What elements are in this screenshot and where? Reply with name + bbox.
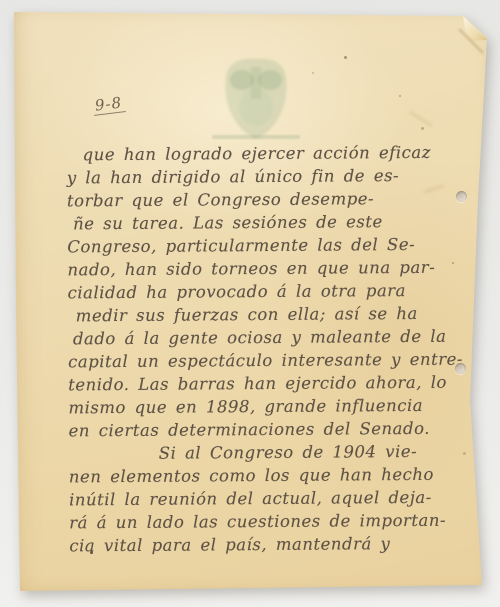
manuscript-line: en ciertas determinaciones del Senado. [62, 417, 466, 443]
paper-crease [409, 111, 432, 126]
manuscript-line: nado, han sido torneos en que una par- [61, 256, 465, 282]
paper-speck [421, 127, 424, 130]
folded-corner [460, 13, 491, 44]
manuscript-line: tenido. Las barras han ejercido ahora, l… [62, 371, 466, 397]
manuscript-line: ñe su tarea. Las sesiónes de este [61, 210, 465, 236]
manuscript-line: rá á un lado las cuestiones de importan- [63, 509, 467, 535]
letterhead-faint-line [212, 135, 300, 139]
manuscript-page: 9-8 que han logrado ejercer acción efica… [0, 0, 500, 607]
paper-speck [344, 56, 347, 59]
paper-shadow: 9-8 que han logrado ejercer acción efica… [0, 0, 500, 607]
manuscript-line: que han logrado ejercer acción eficaz [61, 141, 465, 167]
paper-speck [399, 95, 401, 97]
manuscript-line: medir sus fuerzas con ella; así se ha [62, 302, 466, 328]
manuscript-line: capital un espectáculo interesante y ent… [62, 348, 466, 374]
manuscript-line: nen elementos como los que han hecho [63, 463, 467, 489]
pencil-annotation: 9-8 [92, 94, 126, 116]
scan-background: 9-8 que han logrado ejercer acción efica… [0, 0, 500, 607]
manuscript-line: y la han dirigido al único fin de es- [61, 164, 465, 190]
manuscript-line: mismo que en 1898, grande influencia [62, 394, 466, 420]
manuscript-text-block: que han logrado ejercer acción eficaz y … [61, 141, 468, 558]
manuscript-line: cialidad ha provocado á la otra para [62, 279, 466, 305]
manuscript-line: dado á la gente ociosa y maleante de la [62, 325, 466, 351]
manuscript-line: Si al Congreso de 1904 vie- [63, 440, 467, 466]
photo-backdrop: { "annotations": { "corner_number": "9-8… [0, 0, 500, 607]
manuscript-line: Congreso, particularmente las del Se- [61, 233, 465, 259]
manuscript-line: inútil la reunión del actual, aquel deja… [63, 486, 467, 512]
manuscript-line: cia vital para el país, mantendrá y [63, 532, 467, 558]
manuscript-line: torbar que el Congreso desempe- [61, 187, 465, 213]
embossed-seal-icon [215, 55, 297, 143]
paper-speck [312, 72, 314, 74]
